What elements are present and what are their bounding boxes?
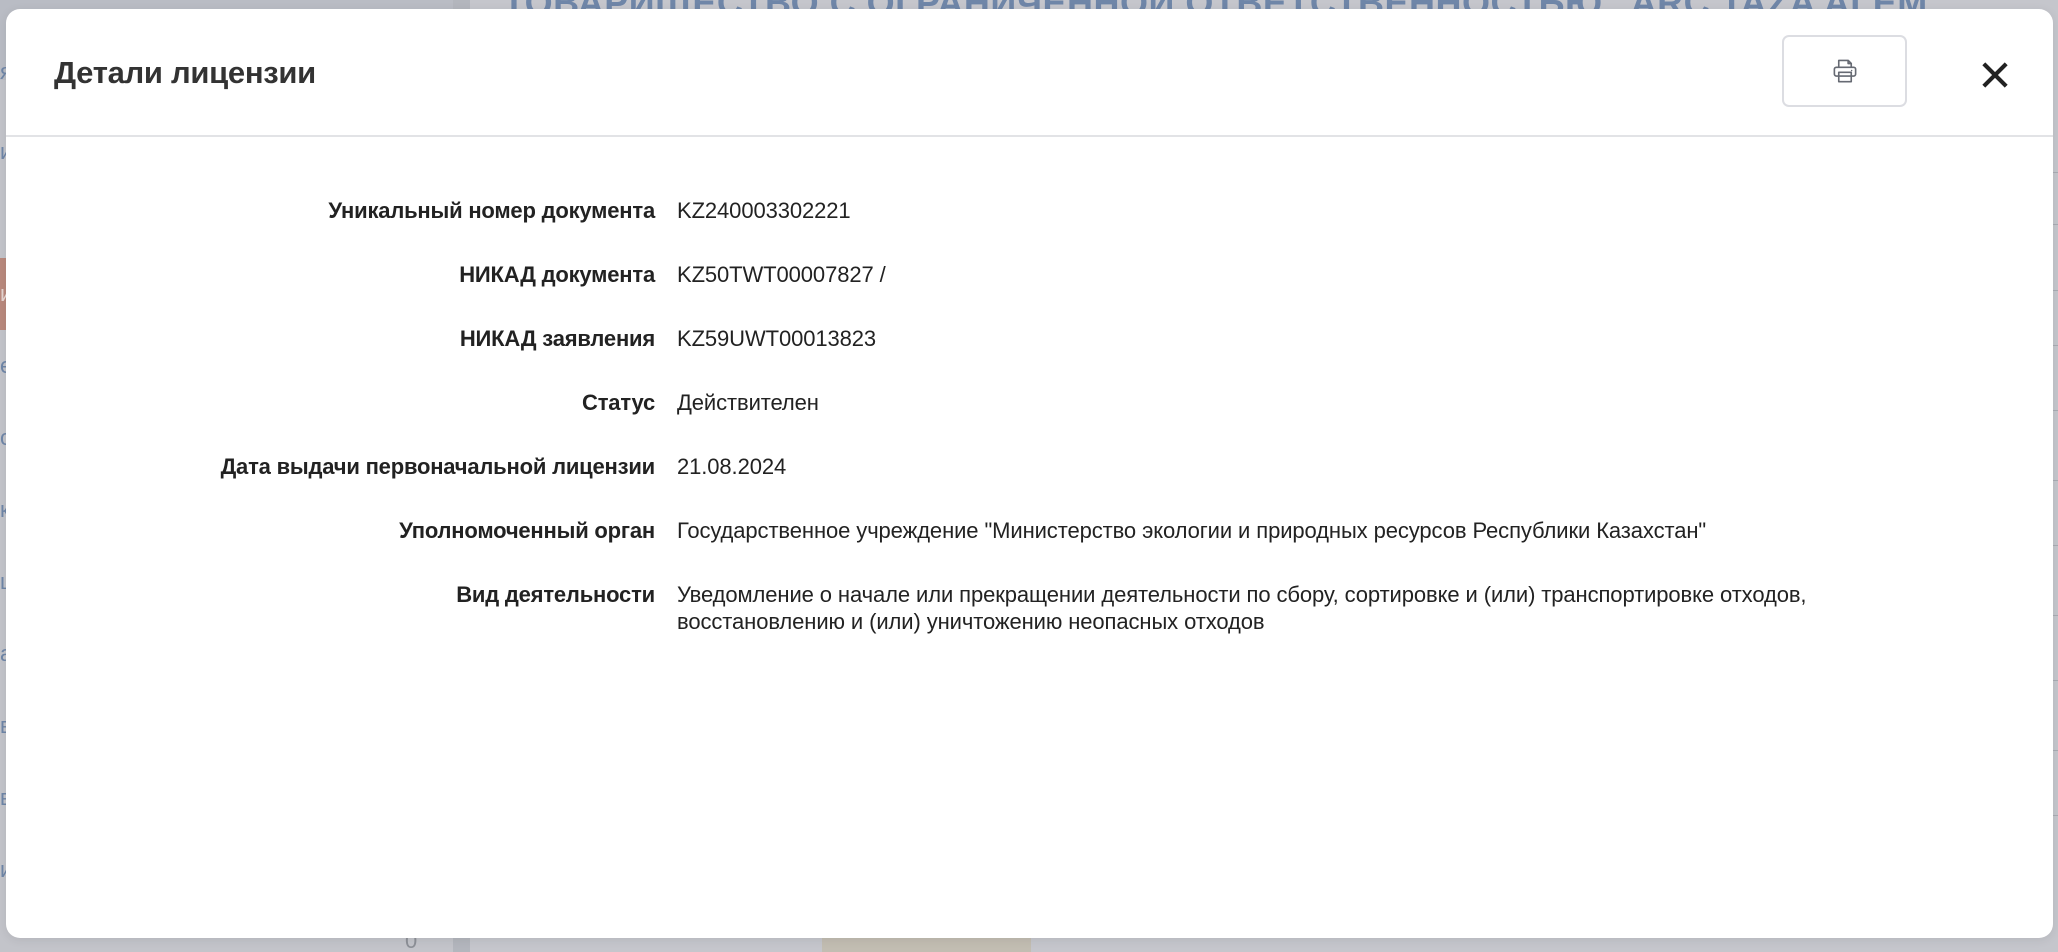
detail-row-activity-type: Вид деятельности Уведомление о начале ил…	[6, 581, 2053, 635]
modal-header: Детали лицензии	[6, 9, 2053, 137]
detail-label: Дата выдачи первоначальной лицензии	[6, 453, 677, 480]
background-beige-block	[822, 936, 1031, 952]
detail-row-nikad-application: НИКАД заявления KZ59UWT00013823	[6, 325, 2053, 352]
detail-value: KZ59UWT00013823	[677, 325, 1847, 352]
detail-value: KZ240003302221	[677, 197, 1847, 224]
printer-icon	[1830, 56, 1860, 86]
detail-label: Уполномоченный орган	[6, 517, 677, 544]
detail-label: Уникальный номер документа	[6, 197, 677, 224]
print-button[interactable]	[1782, 35, 1907, 107]
detail-value: KZ50TWT00007827 /	[677, 261, 1847, 288]
detail-row-nikad-document: НИКАД документа KZ50TWT00007827 /	[6, 261, 2053, 288]
detail-row-status: Статус Действителен	[6, 389, 2053, 416]
detail-label: Вид деятельности	[6, 581, 677, 608]
detail-row-issue-date: Дата выдачи первоначальной лицензии 21.0…	[6, 453, 2053, 480]
license-details-list: Уникальный номер документа KZ24000330222…	[6, 197, 2053, 672]
detail-row-unique-number: Уникальный номер документа KZ24000330222…	[6, 197, 2053, 224]
detail-value: Уведомление о начале или прекращении дея…	[677, 581, 1847, 635]
license-details-modal: Детали лицензии Уникальный номер докумен…	[6, 9, 2053, 938]
detail-value: Государственное учреждение "Министерство…	[677, 517, 1847, 544]
detail-value: 21.08.2024	[677, 453, 1847, 480]
status-value: Действителен	[677, 389, 1847, 416]
modal-title: Детали лицензии	[54, 55, 316, 91]
detail-label: НИКАД документа	[6, 261, 677, 288]
close-icon	[1982, 62, 2008, 88]
detail-row-authority: Уполномоченный орган Государственное учр…	[6, 517, 2053, 544]
detail-label: Статус	[6, 389, 677, 416]
detail-label: НИКАД заявления	[6, 325, 677, 352]
close-button[interactable]	[1975, 55, 2015, 95]
